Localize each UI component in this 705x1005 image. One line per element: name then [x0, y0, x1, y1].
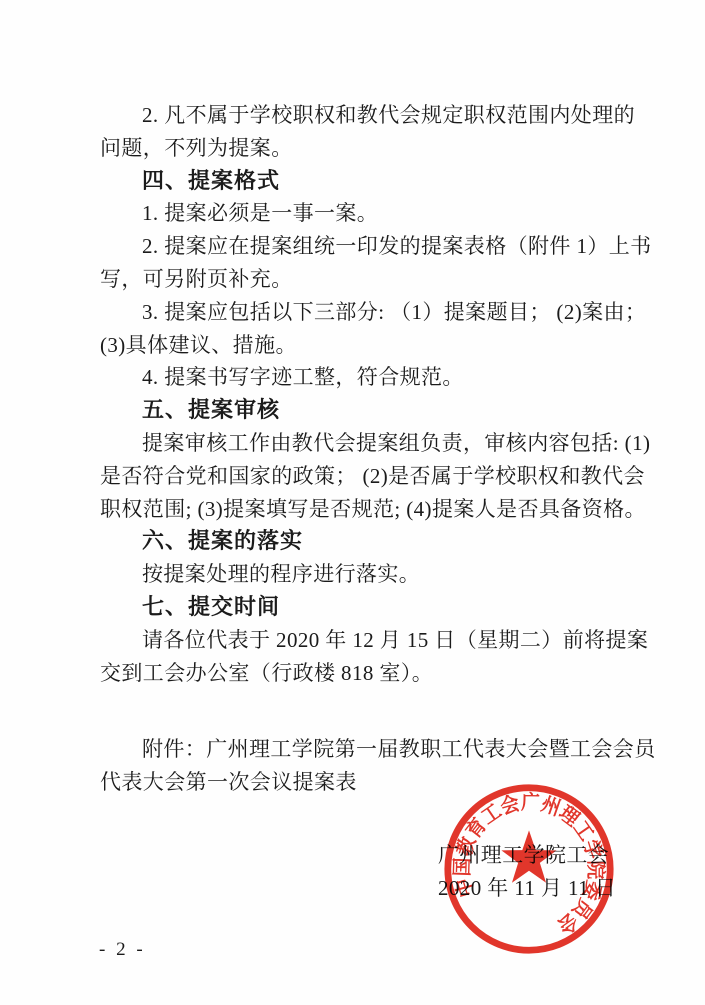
text-line: 是否符合党和国家的政策； (2)是否属于学校职权和教代会	[100, 460, 615, 493]
text-line: 七、提交时间	[100, 591, 615, 624]
text-line: 2. 提案应在提案组统一印发的提案表格（附件 1）上书	[100, 230, 615, 263]
text-line: 附件：广州理工学院第一届教职工代表大会暨工会会员	[100, 733, 615, 766]
text-line: 四、提案格式	[100, 165, 615, 198]
text-line: (3)具体建议、措施。	[100, 329, 615, 362]
section-heading: 四、提案格式	[100, 165, 615, 198]
text-line: 按提案处理的程序进行落实。	[100, 558, 615, 591]
text-line: 1. 提案必须是一事一案。	[100, 197, 615, 230]
document-body: 2. 凡不属于学校职权和教代会规定职权范围内处理的问题，不列为提案。四、提案格式…	[100, 99, 615, 799]
item: 4. 提案书写字迹工整，符合规范。	[100, 361, 615, 394]
item: 2. 凡不属于学校职权和教代会规定职权范围内处理的问题，不列为提案。	[100, 99, 615, 165]
section-heading: 七、提交时间	[100, 591, 615, 624]
document-page: 2. 凡不属于学校职权和教代会规定职权范围内处理的问题，不列为提案。四、提案格式…	[0, 0, 705, 1005]
item: 2. 提案应在提案组统一印发的提案表格（附件 1）上书写，可另附页补充。	[100, 230, 615, 296]
text-line: 请各位代表于 2020 年 12 月 15 日（星期二）前将提案	[100, 624, 615, 657]
body-paragraph: 按提案处理的程序进行落实。	[100, 558, 615, 591]
text-line: 2. 凡不属于学校职权和教代会规定职权范围内处理的	[100, 99, 615, 132]
text-line: 六、提案的落实	[100, 525, 615, 558]
page-number: - 2 -	[99, 939, 146, 961]
item: 1. 提案必须是一事一案。	[100, 197, 615, 230]
text-line: 写，可另附页补充。	[100, 263, 615, 296]
section-heading: 五、提案审核	[100, 394, 615, 427]
star-icon	[501, 830, 556, 882]
section-heading: 六、提案的落实	[100, 525, 615, 558]
text-line: 4. 提案书写字迹工整，符合规范。	[100, 361, 615, 394]
text-line: 提案审核工作由教代会提案组负责，审核内容包括: (1)	[100, 427, 615, 460]
official-seal: 中国教育工会广州理工学院委员会	[442, 782, 616, 956]
text-line: 3. 提案应包括以下三部分: （1）提案题目； (2)案由；	[100, 296, 615, 329]
item: 3. 提案应包括以下三部分: （1）提案题目； (2)案由；(3)具体建议、措施…	[100, 296, 615, 362]
body-paragraph: 提案审核工作由教代会提案组负责，审核内容包括: (1)是否符合党和国家的政策； …	[100, 427, 615, 525]
text-line: 职权范围; (3)提案填写是否规范; (4)提案人是否具备资格。	[100, 493, 615, 526]
body-paragraph: 请各位代表于 2020 年 12 月 15 日（星期二）前将提案交到工会办公室（…	[100, 624, 615, 690]
text-line: 五、提案审核	[100, 394, 615, 427]
text-line: 问题，不列为提案。	[100, 132, 615, 165]
text-line: 交到工会办公室（行政楼 818 室）。	[100, 657, 615, 690]
